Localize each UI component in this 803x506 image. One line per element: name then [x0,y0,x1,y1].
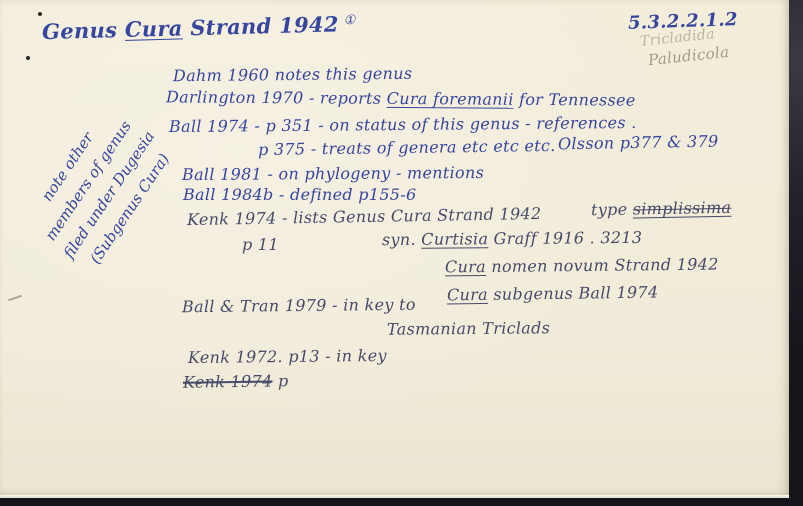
footnote-mark: ① [343,13,355,28]
taxon-curtisia: Curtisia [421,229,488,249]
note-olsson-pages: Olsson p377 & 379 [558,133,719,153]
note-ball-1974-p351: Ball 1974 - p 351 - on status of this ge… [169,114,637,136]
note-text: for Tennessee [514,90,636,110]
note-darlington-1970: Darlington 1970 - reports Cura foremanii… [166,88,636,109]
note-kenk-crossed-out: Kenk 1974 p [183,372,289,391]
note-cura-subgenus: Cura subgenus Ball 1974 [447,284,659,305]
taxon-cura: Cura [445,257,486,276]
note-kenk-1972: Kenk 1972. p13 - in key [188,347,387,367]
note-tasmanian-triclads: Tasmanian Triclads [387,319,550,338]
note-text: p [272,371,288,390]
struck-text: Kenk 1974 [183,371,273,391]
note-type-species: type simplissima [591,199,732,219]
paper-speck [26,56,30,60]
note-ball-1974-p375: p 375 - treats of genera etc etc etc. [258,137,556,159]
note-dahm-1960: Dahm 1960 notes this genus [173,65,413,85]
note-text: type [591,199,633,219]
note-kenk-1974: Kenk 1974 - lists Genus Cura Strand 1942 [187,205,542,229]
card-edge-highlight [0,495,789,498]
paper-speck [38,12,42,16]
note-text: Darlington 1970 - reports [166,87,387,108]
taxon-cura: Cura [447,285,488,305]
card-title: Genus Cura Strand 1942① [42,12,356,43]
title-taxon: Cura [124,15,182,42]
note-text: subgenus Ball 1974 [488,283,659,304]
note-cura-nomen-novum: Cura nomen novum Strand 1942 [445,256,719,276]
photo-backdrop: Genus Cura Strand 1942① 5.3.2.2.1.2 Tric… [0,0,803,506]
index-card: Genus Cura Strand 1942① 5.3.2.2.1.2 Tric… [0,0,789,496]
note-synonym-curtisia: syn. Curtisia Graff 1916 . 3213 [382,229,642,249]
note-text: syn. [382,230,421,249]
note-ball-tran-1979: Ball & Tran 1979 - in key to [182,296,416,316]
note-text: Graff 1916 . 3213 [488,228,642,248]
title-author-year: Strand 1942 [190,11,339,40]
note-ball-1981: Ball 1981 - on phylogeny - mentions [182,164,484,184]
genus-label: Genus [42,17,118,44]
pen-smudge [8,295,22,301]
taxon-cura-foremanii: Cura foremanii [387,89,514,109]
taxon-simplissima: simplissima [633,198,732,219]
note-ball-1984b: Ball 1984b - defined p155-6 [183,186,416,204]
note-page-11: p 11 [242,236,279,254]
note-text: nomen novum Strand 1942 [486,255,719,276]
